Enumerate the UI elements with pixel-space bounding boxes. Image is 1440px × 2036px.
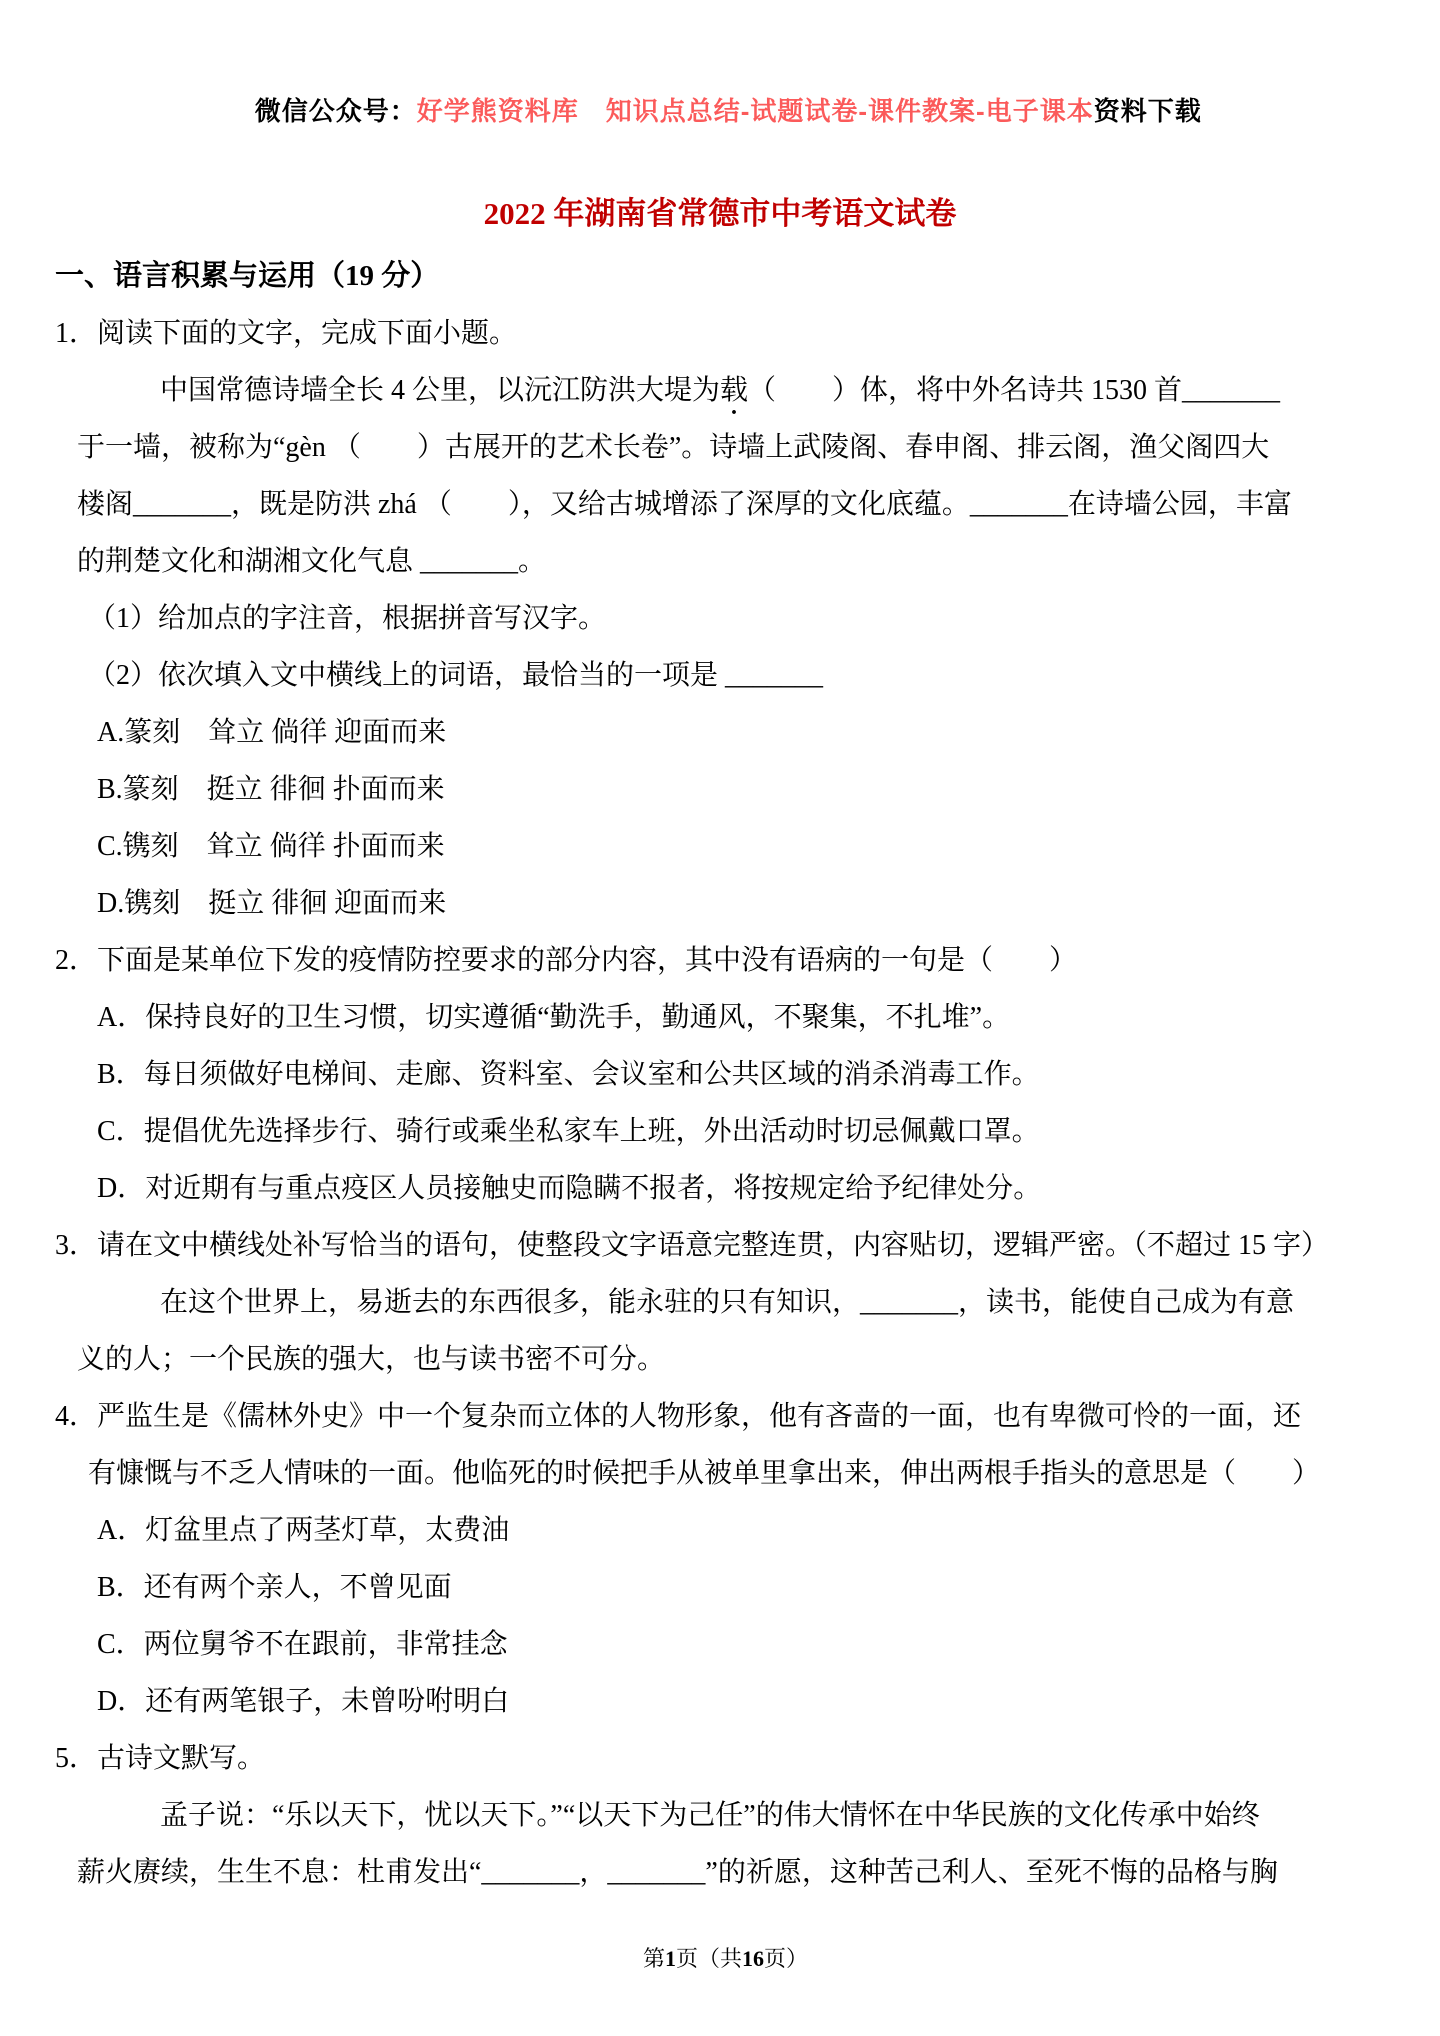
footer-total-pages: 16	[742, 1946, 764, 1971]
question-5-stem: 5．古诗文默写。	[55, 1727, 1392, 1784]
emphasized-char: 载	[720, 368, 748, 408]
question-5-passage-line-2: 薪火赓续，生生不息：杜甫发出“_______，_______”的祈愿，这种苦己利…	[55, 1841, 1392, 1898]
question-1-passage-line-3: 楼阁_______，既是防洪 zhá （ ），又给古城增添了深厚的文化底蕴。__…	[55, 473, 1392, 530]
question-3-stem: 3．请在文中横线处补写恰当的语句，使整段文字语意完整连贯，内容贴切，逻辑严密。（…	[55, 1214, 1392, 1271]
question-1-passage-line-2: 于一墙，被称为“gèn （ ）古展开的艺术长卷”。诗墙上武陵阁、春申阁、排云阁，…	[55, 416, 1392, 473]
wechat-banner-prefix: 微信公众号：	[255, 96, 417, 126]
question-4-option-b: B．还有两个亲人，不曾见面	[55, 1556, 1392, 1613]
question-2-option-c: C．提倡优先选择步行、骑行或乘坐私家车上班，外出活动时切忌佩戴口罩。	[55, 1100, 1392, 1157]
passage-text: 中国常德诗墙全长 4 公里，以沅江防洪大堤为	[160, 368, 720, 408]
question-2-option-a: A．保持良好的卫生习惯，切实遵循“勤洗手，勤通风，不聚集，不扎堆”。	[55, 986, 1392, 1043]
question-1-option-d: D.镌刻 挺立 徘徊 迎面而来	[55, 872, 1392, 929]
wechat-banner-suffix: 资料下载	[1094, 96, 1202, 126]
question-4-option-a: A．灯盆里点了两茎灯草，太费油	[55, 1499, 1392, 1556]
passage-text: （ ）体，将中外名诗共 1530 首_______	[748, 368, 1280, 408]
question-4-stem-line-1: 4．严监生是《儒林外史》中一个复杂而立体的人物形象，他有吝啬的一面，也有卑微可怜…	[55, 1385, 1392, 1442]
footer-text: 页）	[764, 1946, 808, 1971]
question-1-subquestion-2: （2）依次填入文中横线上的词语，最恰当的一项是 _______	[55, 644, 1392, 701]
question-1-subquestion-1: （1）给加点的字注音，根据拼音写汉字。	[55, 587, 1392, 644]
question-4-option-d: D．还有两笔银子，未曾吩咐明白	[55, 1670, 1392, 1727]
question-3-passage-line-1: 在这个世界上，易逝去的东西很多，能永驻的只有知识，_______，读书，能使自己…	[55, 1271, 1392, 1328]
question-1-option-a: A.篆刻 耸立 倘徉 迎面而来	[55, 701, 1392, 758]
question-2-option-b: B．每日须做好电梯间、走廊、资料室、会议室和公共区域的消杀消毒工作。	[55, 1043, 1392, 1100]
page-number-footer: 第1页（共16页）	[0, 1916, 1440, 1973]
question-1-passage-line-4: 的荆楚文化和湖湘文化气息 _______。	[55, 530, 1392, 587]
question-1-passage-line-1: 中国常德诗墙全长 4 公里，以沅江防洪大堤为载（ ）体，将中外名诗共 1530 …	[55, 359, 1392, 416]
section-heading: 一、语言积累与运用（19 分）	[55, 244, 1392, 302]
footer-page-number: 1	[665, 1946, 676, 1971]
question-1-option-b: B.篆刻 挺立 徘徊 扑面而来	[55, 758, 1392, 815]
footer-text: 第	[643, 1946, 665, 1971]
question-3-passage-line-2: 义的人；一个民族的强大，也与读书密不可分。	[55, 1328, 1392, 1385]
question-2-option-d: D．对近期有与重点疫区人员接触史而隐瞒不报者，将按规定给予纪律处分。	[55, 1157, 1392, 1214]
question-5-passage-line-1: 孟子说：“乐以天下，忧以天下。”“以天下为己任”的伟大情怀在中华民族的文化传承中…	[55, 1784, 1392, 1841]
document-body: 一、语言积累与运用（19 分） 1．阅读下面的文字，完成下面小题。 中国常德诗墙…	[55, 244, 1392, 1898]
page-title: 2022 年湖南省常德市中考语文试卷	[0, 188, 1440, 233]
wechat-banner: 微信公众号：好学熊资料库 知识点总结-试题试卷-课件教案-电子课本资料下载	[0, 60, 1440, 128]
question-1-option-c: C.镌刻 耸立 倘徉 扑面而来	[55, 815, 1392, 872]
question-2-stem: 2．下面是某单位下发的疫情防控要求的部分内容，其中没有语病的一句是（ ）	[55, 929, 1392, 986]
footer-text: 页（共	[676, 1946, 742, 1971]
question-1-stem: 1．阅读下面的文字，完成下面小题。	[55, 302, 1392, 359]
wechat-banner-highlight: 好学熊资料库 知识点总结-试题试卷-课件教案-电子课本	[417, 96, 1094, 126]
question-4-stem-line-2: 有慷慨与不乏人情味的一面。他临死的时候把手从被单里拿出来，伸出两根手指头的意思是…	[55, 1442, 1392, 1499]
question-4-option-c: C．两位舅爷不在跟前，非常挂念	[55, 1613, 1392, 1670]
